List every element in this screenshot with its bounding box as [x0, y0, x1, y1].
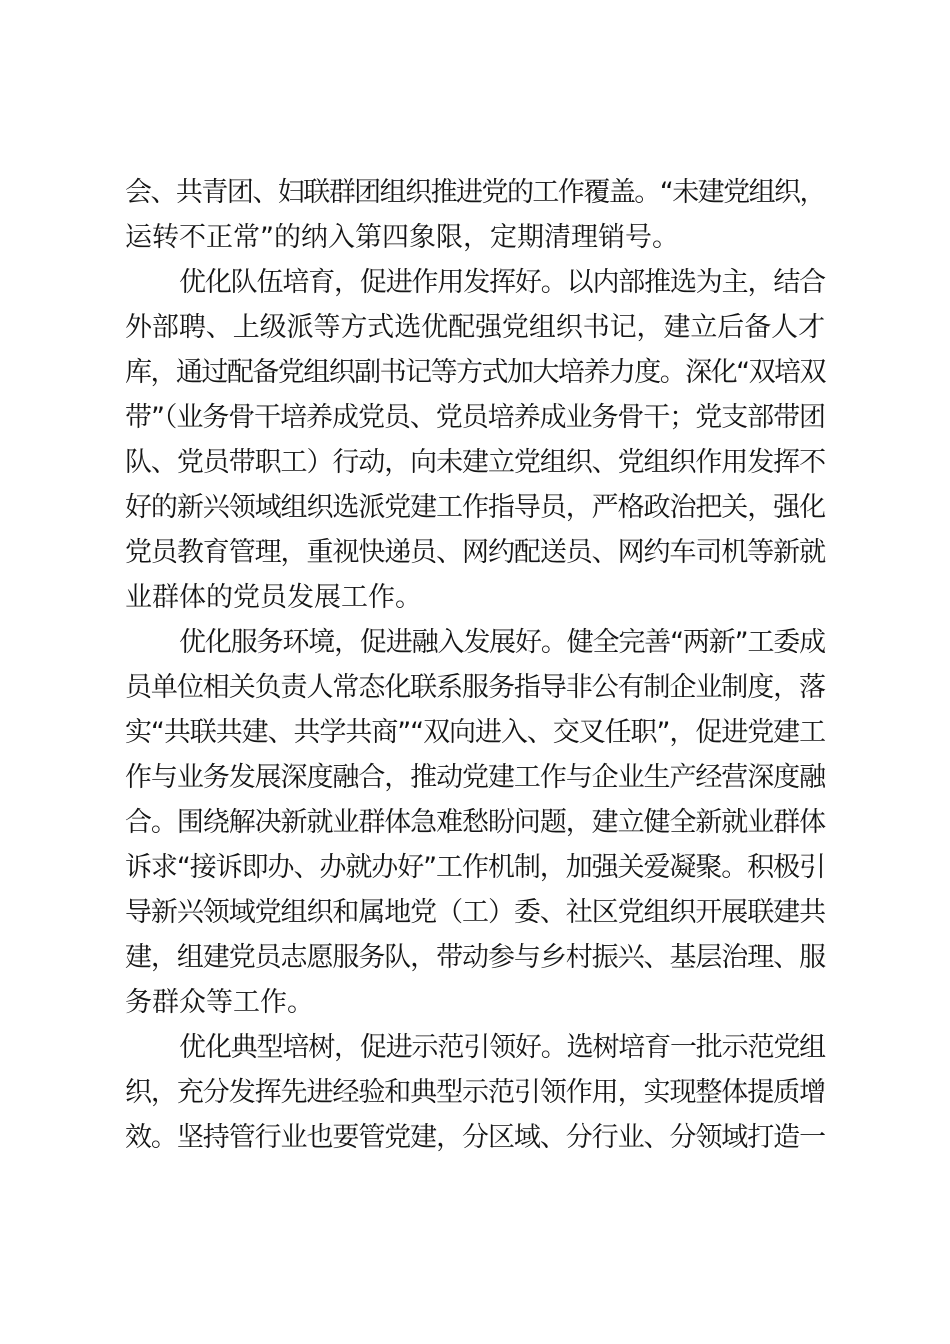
- paragraph-2-line-3: 库，通过配备党组织副书记等方式加大培养力度。深化“双培双: [125, 350, 825, 395]
- paragraph-3-line-2: 员单位相关负责人常态化联系服务指导非公有制企业制度，落: [125, 665, 825, 710]
- paragraph-3-line-9: 务群众等工作。: [125, 980, 825, 1025]
- document-text-block: 会、共青团、妇联群团组织推进党的工作覆盖。“未建党组织，运转不正常”的纳入第四象…: [125, 170, 825, 1160]
- paragraph-2-line-8: 业群体的党员发展工作。: [125, 575, 825, 620]
- paragraph-2-line-4: 带”（业务骨干培养成党员、党员培养成业务骨干；党支部带团: [125, 395, 825, 440]
- paragraph-3-line-8: 建，组建党员志愿服务队，带动参与乡村振兴、基层治理、服: [125, 935, 825, 980]
- document-page: 会、共青团、妇联群团组织推进党的工作覆盖。“未建党组织，运转不正常”的纳入第四象…: [0, 0, 950, 1344]
- paragraph-3-line-3: 实“共联共建、共学共商”“双向进入、交叉任职”，促进党建工: [125, 710, 825, 755]
- paragraph-1-line-1: 会、共青团、妇联群团组织推进党的工作覆盖。“未建党组织，: [125, 170, 825, 215]
- paragraph-3-line-1: 优化服务环境，促进融入发展好。健全完善“两新”工委成: [125, 620, 825, 665]
- paragraph-2-line-6: 好的新兴领域组织选派党建工作指导员，严格政治把关，强化: [125, 485, 825, 530]
- paragraph-2-line-5: 队、党员带职工）行动，向未建立党组织、党组织作用发挥不: [125, 440, 825, 485]
- paragraph-4-line-1: 优化典型培树，促进示范引领好。选树培育一批示范党组: [125, 1025, 825, 1070]
- paragraph-2-line-1: 优化队伍培育，促进作用发挥好。以内部推选为主，结合: [125, 260, 825, 305]
- paragraph-3-line-5: 合。围绕解决新就业群体急难愁盼问题，建立健全新就业群体: [125, 800, 825, 845]
- paragraph-4-line-2: 织，充分发挥先进经验和典型示范引领作用，实现整体提质增: [125, 1070, 825, 1115]
- paragraph-3-line-7: 导新兴领域党组织和属地党（工）委、社区党组织开展联建共: [125, 890, 825, 935]
- paragraph-4-line-3: 效。坚持管行业也要管党建，分区域、分行业、分领域打造一: [125, 1115, 825, 1160]
- paragraph-3-line-6: 诉求“接诉即办、办就办好”工作机制，加强关爱凝聚。积极引: [125, 845, 825, 890]
- paragraph-3-line-4: 作与业务发展深度融合，推动党建工作与企业生产经营深度融: [125, 755, 825, 800]
- paragraph-2-line-7: 党员教育管理，重视快递员、网约配送员、网约车司机等新就: [125, 530, 825, 575]
- paragraph-1-line-2: 运转不正常”的纳入第四象限，定期清理销号。: [125, 215, 825, 260]
- paragraph-2-line-2: 外部聘、上级派等方式选优配强党组织书记，建立后备人才: [125, 305, 825, 350]
